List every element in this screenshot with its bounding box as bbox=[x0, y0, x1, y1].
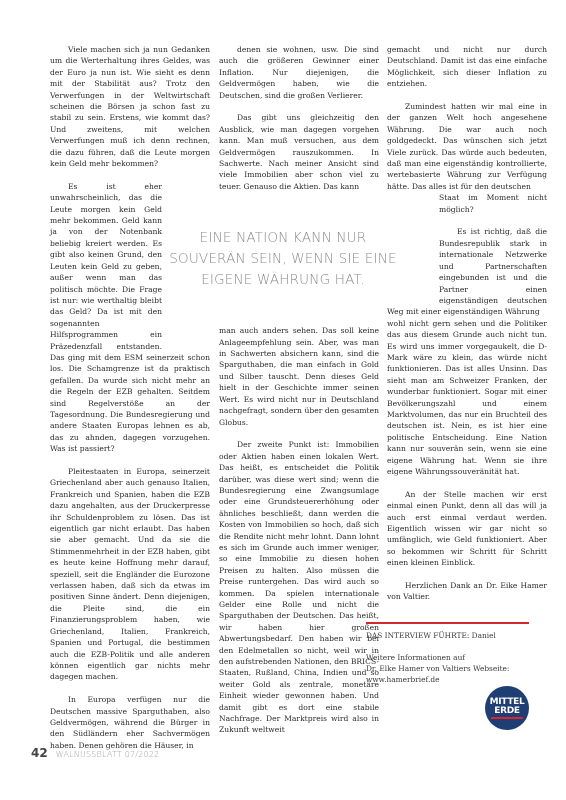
paragraph: Viele machen sich ja nun Gedanken um die… bbox=[50, 44, 210, 169]
paragraph: Pleitestaaten in Europa, seinerzeit Grie… bbox=[50, 466, 210, 683]
paragraph: gemacht und nicht nur durch Deutschland.… bbox=[387, 44, 547, 90]
paragraph: Das gibt uns gleichzeitig den Ausblick, … bbox=[219, 112, 379, 192]
website-link[interactable]: www.hamerbrief.de bbox=[366, 674, 546, 685]
credits-divider bbox=[366, 622, 529, 624]
article-column-1: Viele machen sich ja nun Gedanken um die… bbox=[50, 44, 210, 763]
magazine-issue: WALNUSSBLATT 07/2022 bbox=[56, 750, 160, 759]
paragraph: Der zweite Punkt ist: Immobilien oder Ak… bbox=[219, 439, 379, 736]
page-footer: 42 WALNUSSBLATT 07/2022 bbox=[31, 742, 159, 761]
paragraph: wohl nicht gern sehen und die Politiker … bbox=[387, 318, 547, 478]
interviewer-credit: DAS INTERVIEW FÜHRTE: Daniel bbox=[366, 630, 546, 641]
logo-text-line2: ERDE bbox=[494, 707, 520, 716]
page-number: 42 bbox=[31, 746, 48, 760]
pull-quote-line: EIGENE WÄHRUNG HAT. bbox=[168, 270, 398, 291]
paragraph: Herzlichen Dank an Dr. Eike Hamer von Va… bbox=[387, 580, 547, 603]
info-line: Dr. Elke Hamer von Valtiers Webseite: bbox=[366, 663, 546, 674]
pull-quote: EINE NATION KANN NUR SOUVERÄN SEIN, WENN… bbox=[168, 228, 398, 291]
logo-red-bar bbox=[491, 717, 523, 719]
paragraph: Zumindest hatten wir mal eine in der gan… bbox=[387, 101, 547, 192]
info-line: Weitere Informationen auf bbox=[366, 652, 546, 663]
paragraph: denen sie wohnen, usw. Die sind auch die… bbox=[219, 44, 379, 101]
pull-quote-line: SOUVERÄN SEIN, WENN SIE EINE bbox=[168, 249, 398, 270]
paragraph: man auch anders sehen. Das soll keine An… bbox=[219, 325, 379, 428]
mittelerde-logo: MITTEL ERDE bbox=[485, 686, 529, 730]
article-column-3: gemacht und nicht nur durch Deutschland.… bbox=[387, 44, 547, 614]
paragraph: An der Stelle machen wir erst einmal ein… bbox=[387, 489, 547, 569]
pull-quote-line: EINE NATION KANN NUR bbox=[168, 228, 398, 249]
credits-block: DAS INTERVIEW FÜHRTE: Daniel Weitere Inf… bbox=[366, 630, 546, 685]
article-column-2: denen sie wohnen, usw. Die sind auch die… bbox=[219, 44, 379, 747]
